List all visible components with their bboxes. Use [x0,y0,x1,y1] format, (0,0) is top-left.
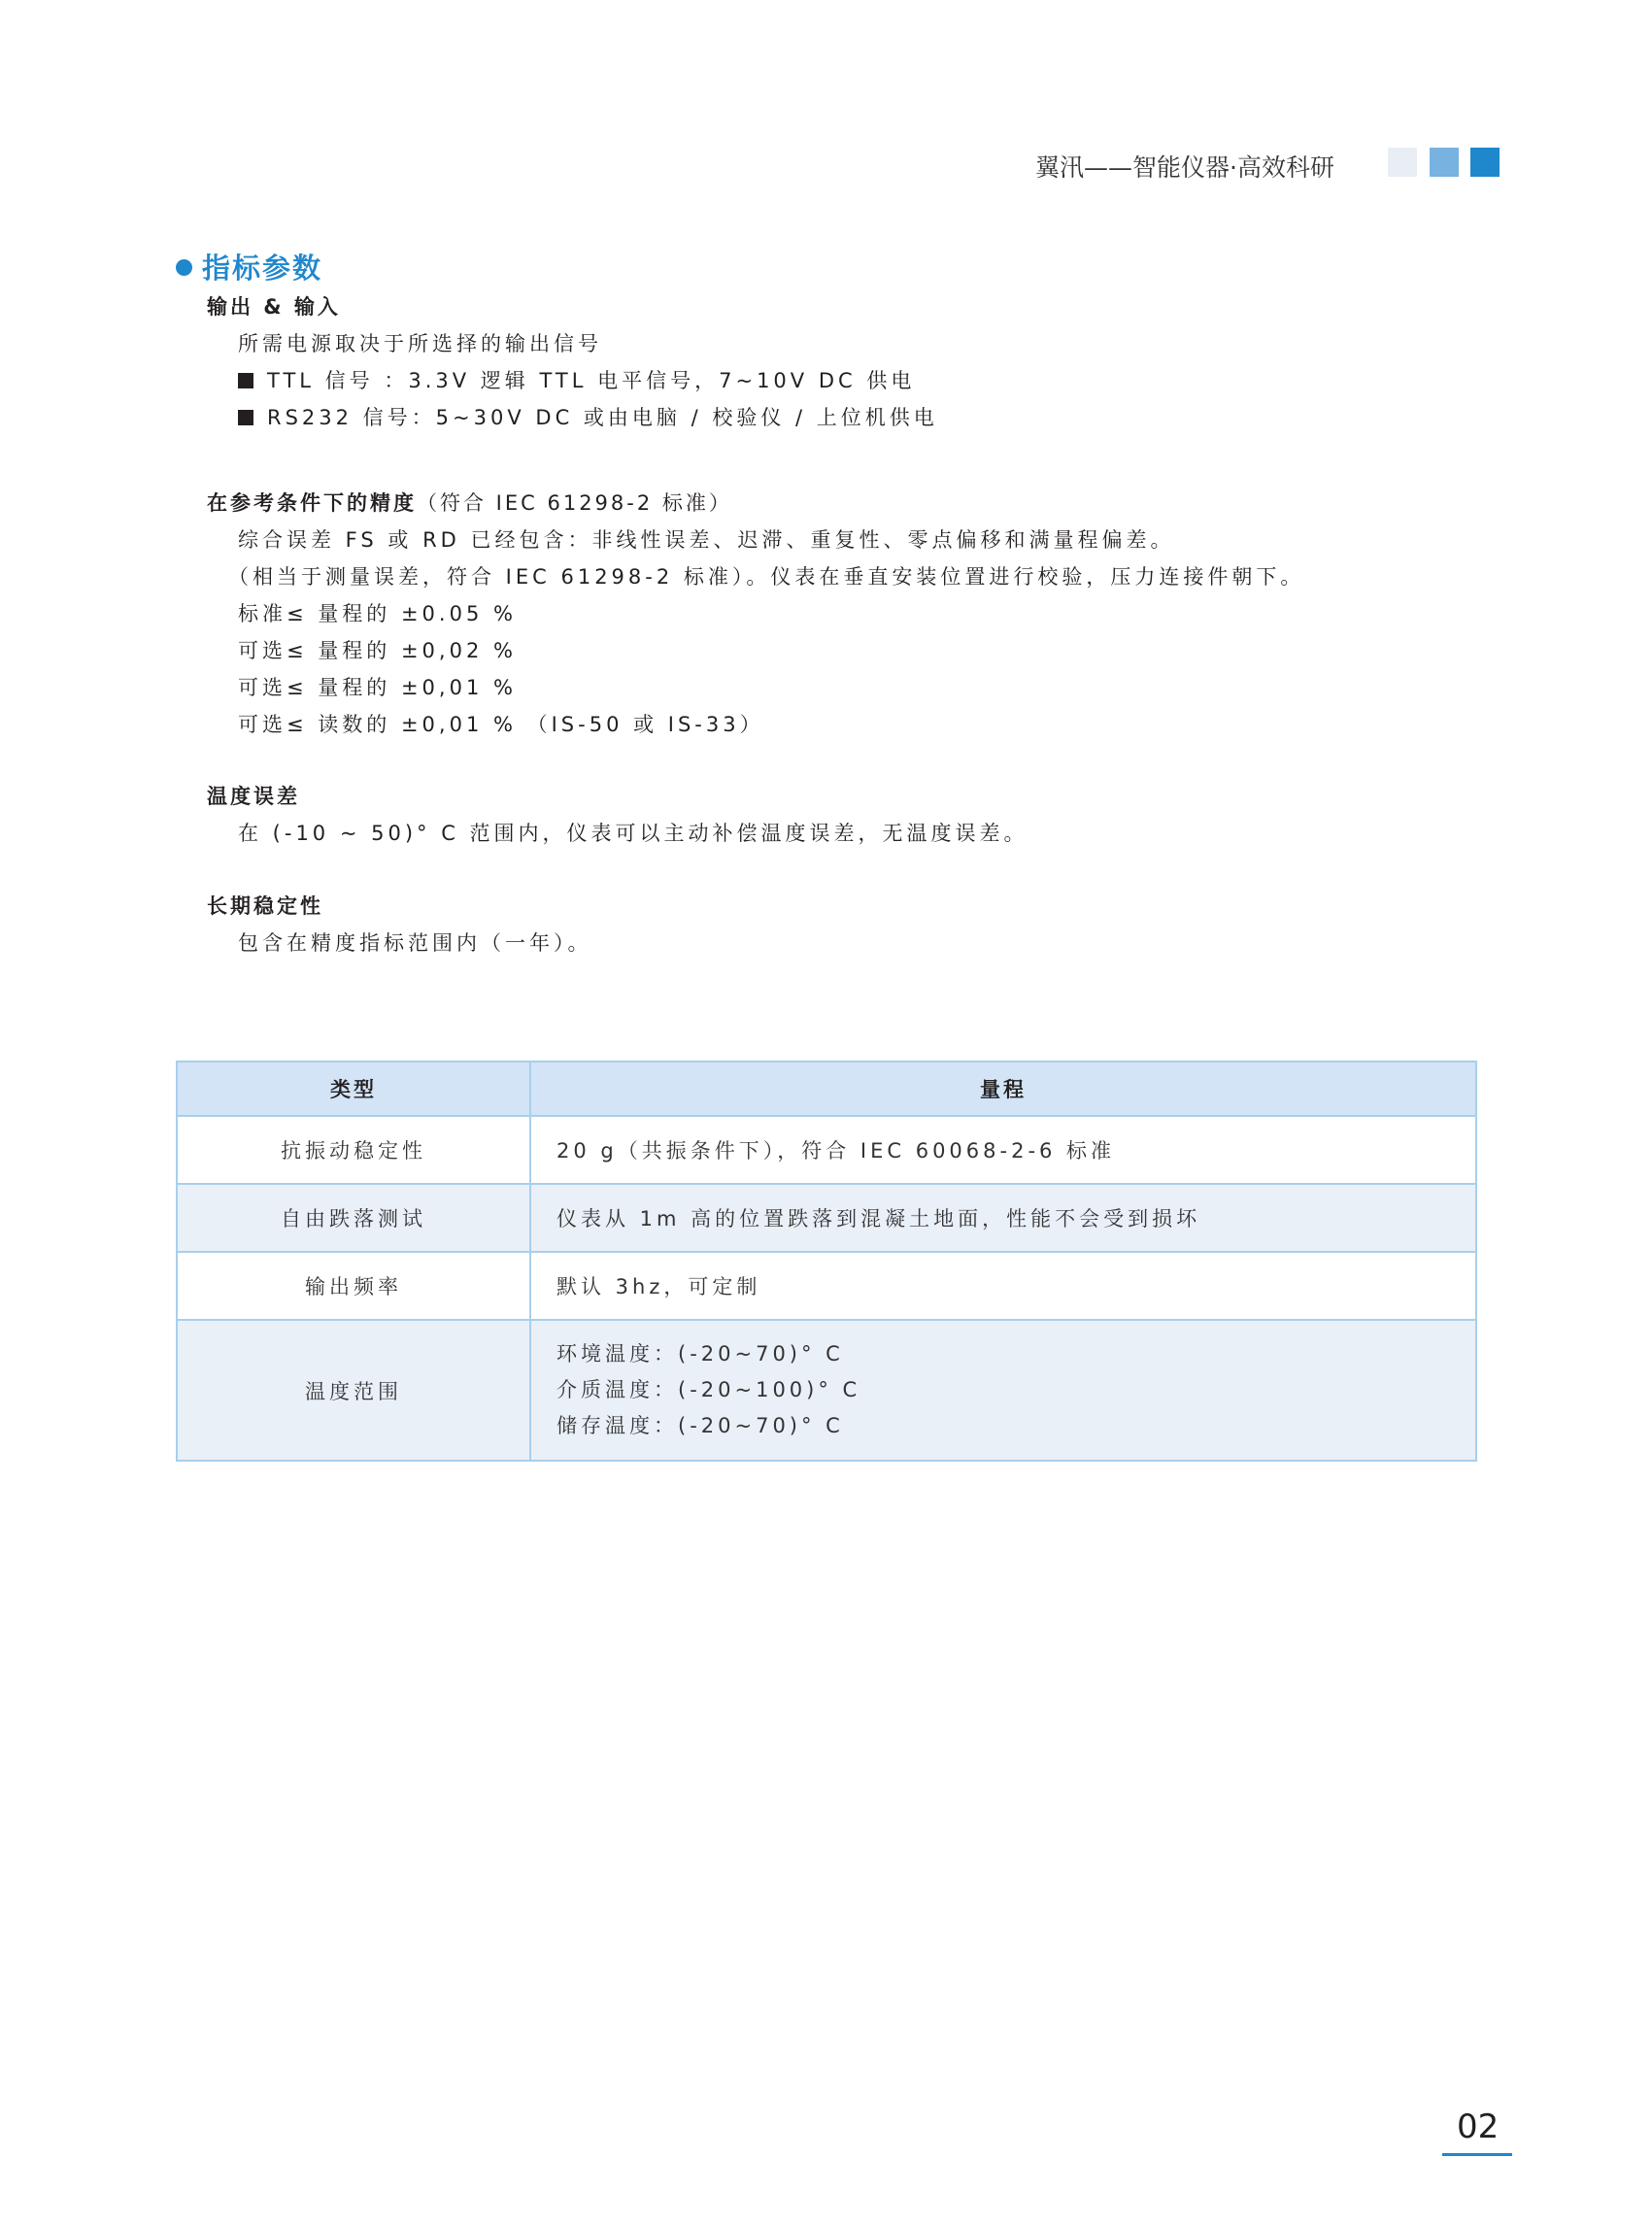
accuracy-heading: 在参考条件下的精度（符合 IEC 61298-2 标准） [207,485,1304,522]
square-bullet-icon [238,410,253,425]
io-block: 输出 & 输入 所需电源取决于所选择的输出信号 TTL 信号 ：3.3V 逻辑 … [207,288,938,436]
accuracy-line: 可选≤ 量程的 ±0,01 % [207,669,1304,706]
range-line: 介质温度：(-20~100)° C [556,1372,1474,1408]
io-bullet: TTL 信号 ：3.3V 逻辑 TTL 电平信号，7~10V DC 供电 [207,362,938,399]
table-row: 温度范围 环境温度：(-20~70)° C 介质温度：(-20~100)° C … [177,1320,1476,1461]
accuracy-line: （相当于测量误差，符合 IEC 61298-2 标准）。仪表在垂直安装位置进行校… [207,558,1304,595]
header-tagline: 翼汛——智能仪器·高效科研 [1035,149,1334,184]
stability-text: 包含在精度指标范围内（一年）。 [207,925,592,961]
table-cell-type: 温度范围 [177,1320,530,1461]
spec-table: 类型 量程 抗振动稳定性 20 g（共振条件下），符合 IEC 60068-2-… [176,1061,1477,1462]
accuracy-block: 在参考条件下的精度（符合 IEC 61298-2 标准） 综合误差 FS 或 R… [207,485,1304,743]
page-number-underline [1442,2153,1512,2156]
accuracy-line: 可选≤ 读数的 ±0,01 % （IS-50 或 IS-33） [207,706,1304,743]
accuracy-line: 综合误差 FS 或 RD 已经包含：非线性误差、迟滞、重复性、零点偏移和满量程偏… [207,522,1304,558]
stability-heading: 长期稳定性 [207,888,592,925]
stability-block: 长期稳定性 包含在精度指标范围内（一年）。 [207,888,592,961]
temp-error-block: 温度误差 在 (-10 ~ 50)° C 范围内，仪表可以主动补偿温度误差，无温… [207,778,1028,852]
table-cell-range: 环境温度：(-20~70)° C 介质温度：(-20~100)° C 储存温度：… [530,1320,1476,1461]
temp-error-heading: 温度误差 [207,778,1028,815]
header-square-dark [1470,148,1500,177]
accuracy-line: 标准≤ 量程的 ±0.05 % [207,595,1304,632]
page-number: 02 [1457,2107,1499,2146]
table-cell-range: 20 g（共振条件下），符合 IEC 60068-2-6 标准 [530,1116,1476,1184]
table-header-type: 类型 [177,1062,530,1116]
table-header-range: 量程 [530,1062,1476,1116]
table-row: 输出频率 默认 3hz，可定制 [177,1252,1476,1320]
square-bullet-icon [238,373,253,388]
bullet-dot-icon [176,259,192,276]
table-cell-range: 仪表从 1m 高的位置跌落到混凝土地面，性能不会受到损坏 [530,1184,1476,1252]
range-line: 储存温度：(-20~70)° C [556,1408,1474,1444]
io-intro: 所需电源取决于所选择的输出信号 [207,325,938,362]
range-line: 环境温度：(-20~70)° C [556,1336,1474,1372]
io-bullet: RS232 信号：5~30V DC 或由电脑 / 校验仪 / 上位机供电 [207,399,938,436]
temp-error-text: 在 (-10 ~ 50)° C 范围内，仪表可以主动补偿温度误差，无温度误差。 [207,815,1028,852]
table-row: 抗振动稳定性 20 g（共振条件下），符合 IEC 60068-2-6 标准 [177,1116,1476,1184]
table-row: 自由跌落测试 仪表从 1m 高的位置跌落到混凝土地面，性能不会受到损坏 [177,1184,1476,1252]
table-cell-type: 输出频率 [177,1252,530,1320]
table-cell-type: 抗振动稳定性 [177,1116,530,1184]
accuracy-line: 可选≤ 量程的 ±0,02 % [207,632,1304,669]
table-cell-type: 自由跌落测试 [177,1184,530,1252]
section-title: 指标参数 [176,247,322,287]
header-square-mid [1430,148,1459,177]
header-square-light [1388,148,1417,177]
section-title-text: 指标参数 [202,247,322,287]
io-heading: 输出 & 输入 [207,288,938,325]
table-cell-range: 默认 3hz，可定制 [530,1252,1476,1320]
table-header-row: 类型 量程 [177,1062,1476,1116]
